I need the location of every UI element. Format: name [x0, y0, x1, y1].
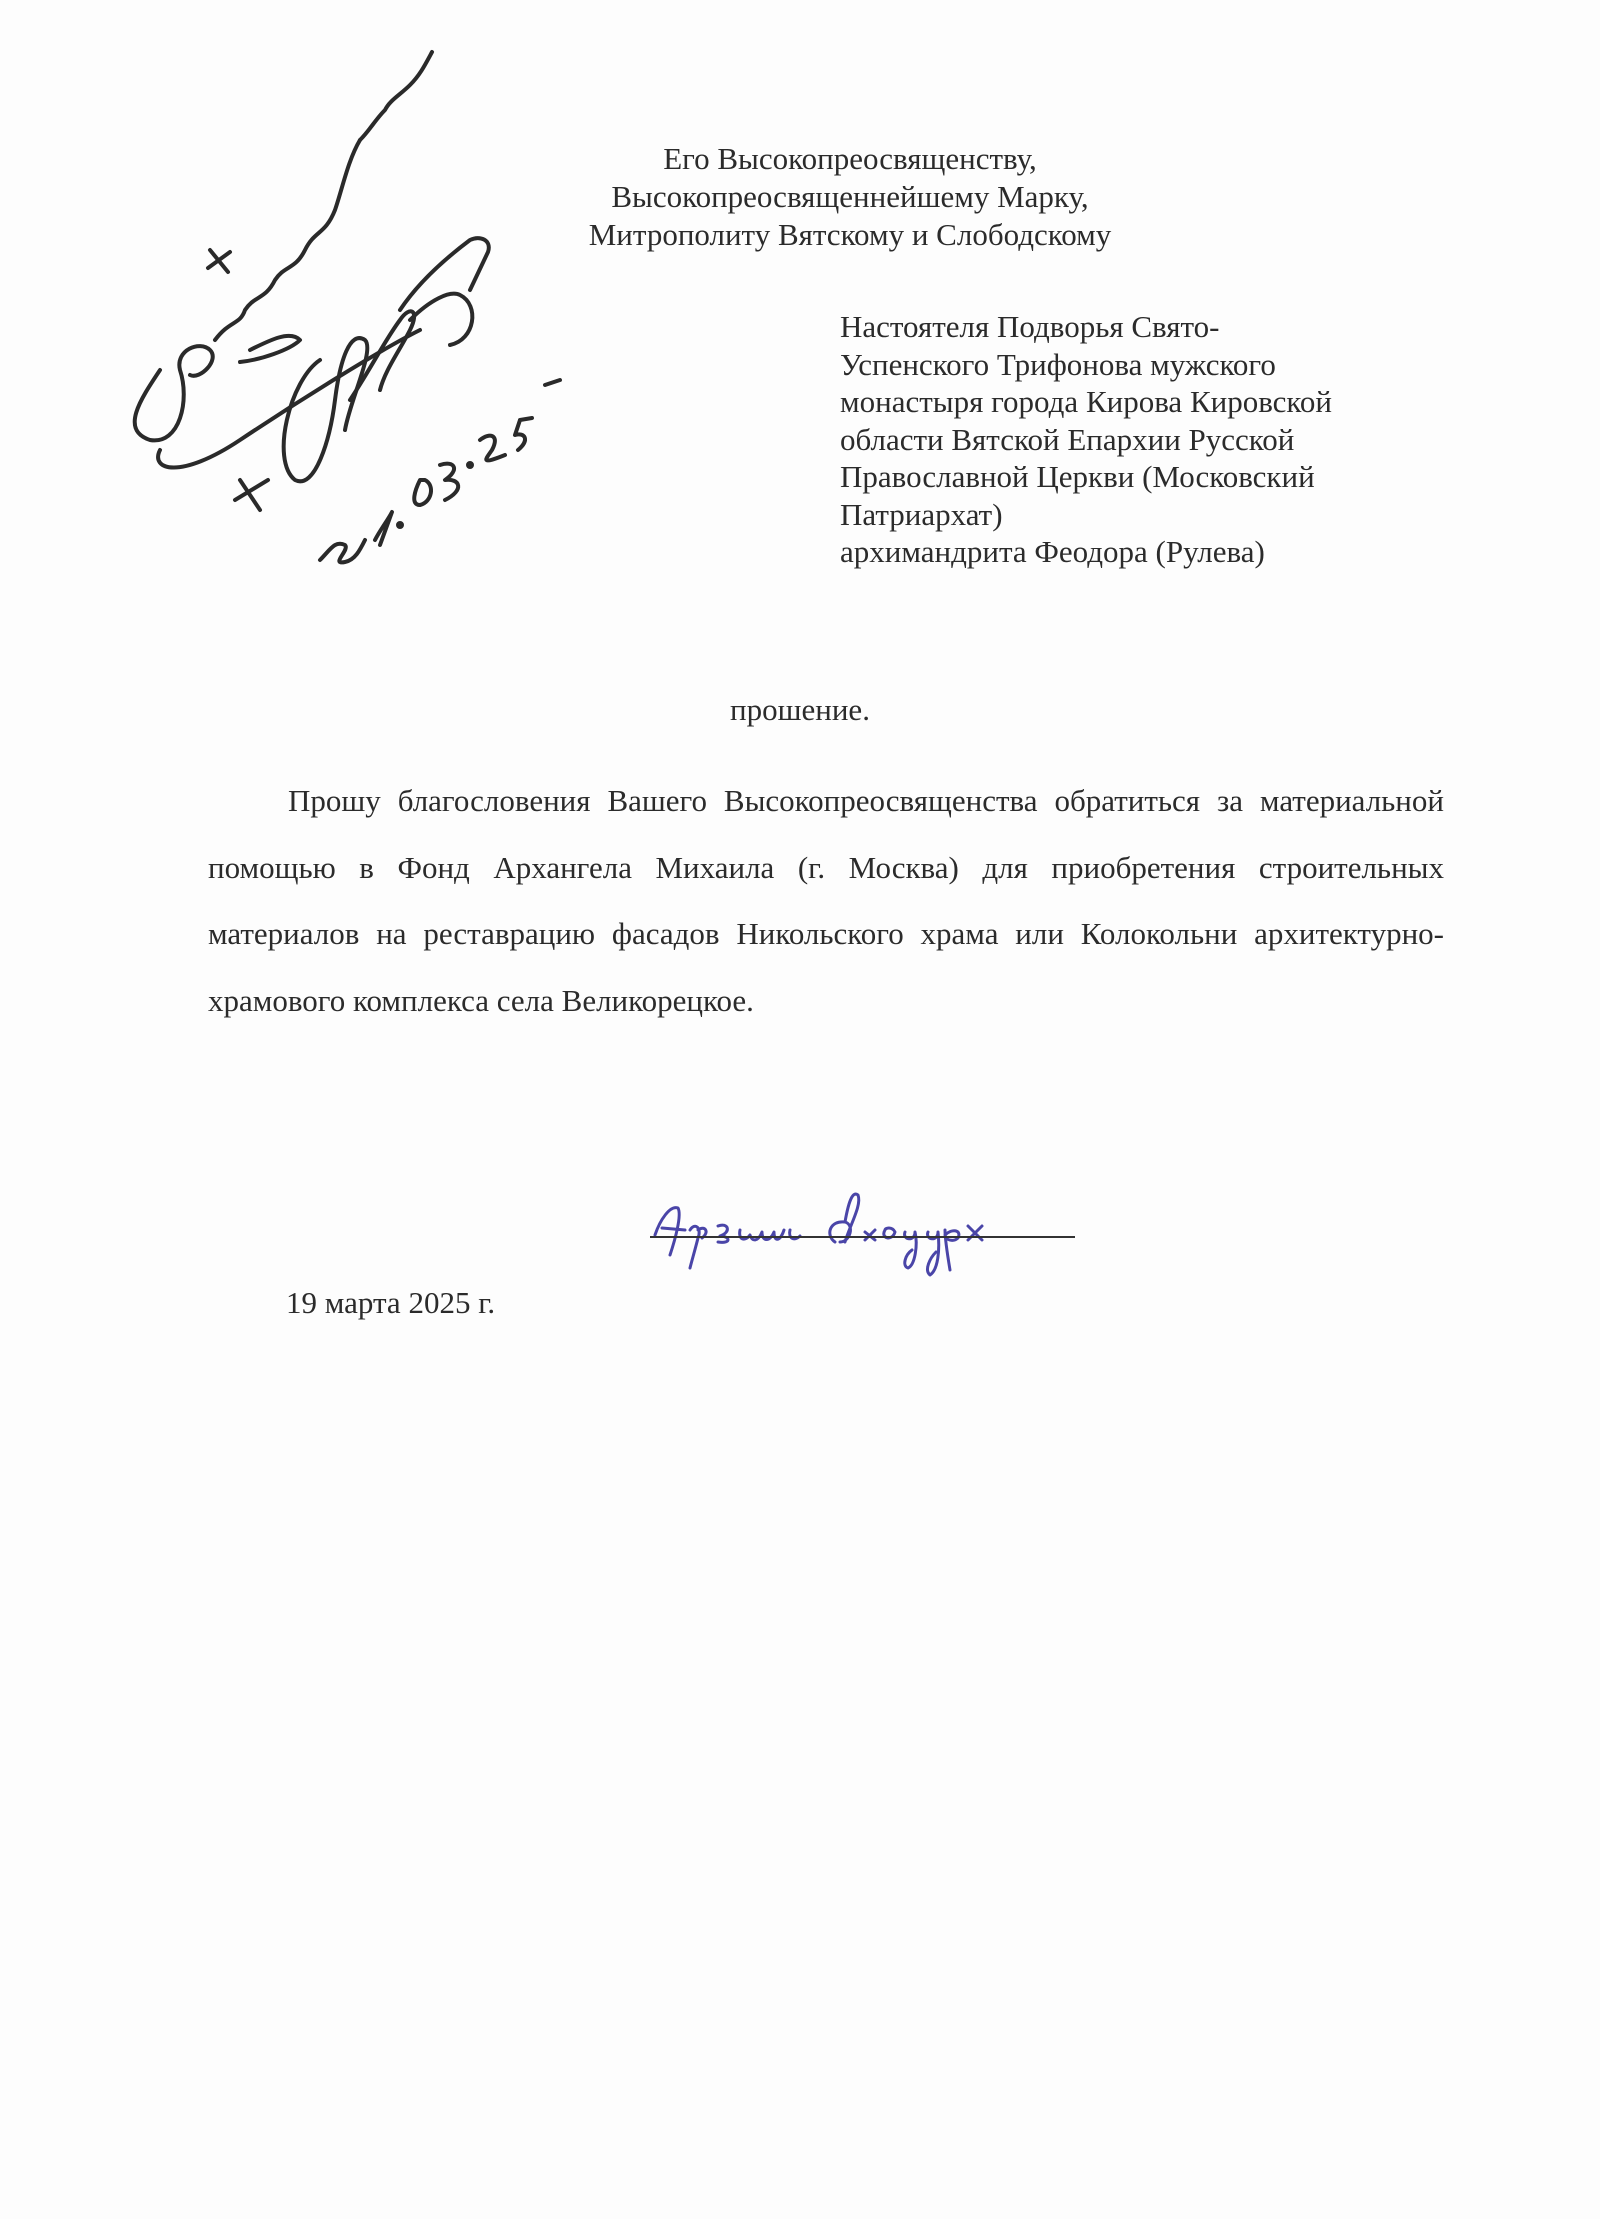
sender-line: Православной Церкви (Московский — [840, 458, 1480, 496]
addressee-block: Его Высокопреосвященству, Высокопреосвящ… — [500, 140, 1200, 254]
sender-line: Патриархат) — [840, 496, 1480, 534]
sender-line: Успенского Трифонова мужского — [840, 346, 1480, 384]
resolution-signature-icon — [120, 40, 570, 580]
signature-icon — [640, 1180, 1090, 1290]
sender-line: Настоятеля Подворья Свято- — [840, 308, 1480, 346]
document-title: прошение. — [0, 690, 1600, 730]
handwritten-resolution — [120, 40, 570, 580]
document-page: Его Высокопреосвященству, Высокопреосвящ… — [0, 0, 1600, 2219]
document-body: Прошу благословения Вашего Высокопреосвя… — [208, 768, 1444, 1034]
addressee-line: Митрополиту Вятскому и Слободскому — [500, 216, 1200, 254]
sender-line: архимандрита Феодора (Рулева) — [840, 533, 1480, 571]
document-date: 19 марта 2025 г. — [286, 1283, 495, 1323]
sender-line: монастыря города Кирова Кировской — [840, 383, 1480, 421]
sender-block: Настоятеля Подворья Свято- Успенского Тр… — [840, 308, 1480, 571]
sender-line: области Вятской Епархии Русской — [840, 421, 1480, 459]
signature-underline — [650, 1236, 1075, 1238]
addressee-line: Высокопреосвященнейшему Марку, — [500, 178, 1200, 216]
addressee-line: Его Высокопреосвященству, — [500, 140, 1200, 178]
handwritten-signature — [640, 1180, 1090, 1290]
